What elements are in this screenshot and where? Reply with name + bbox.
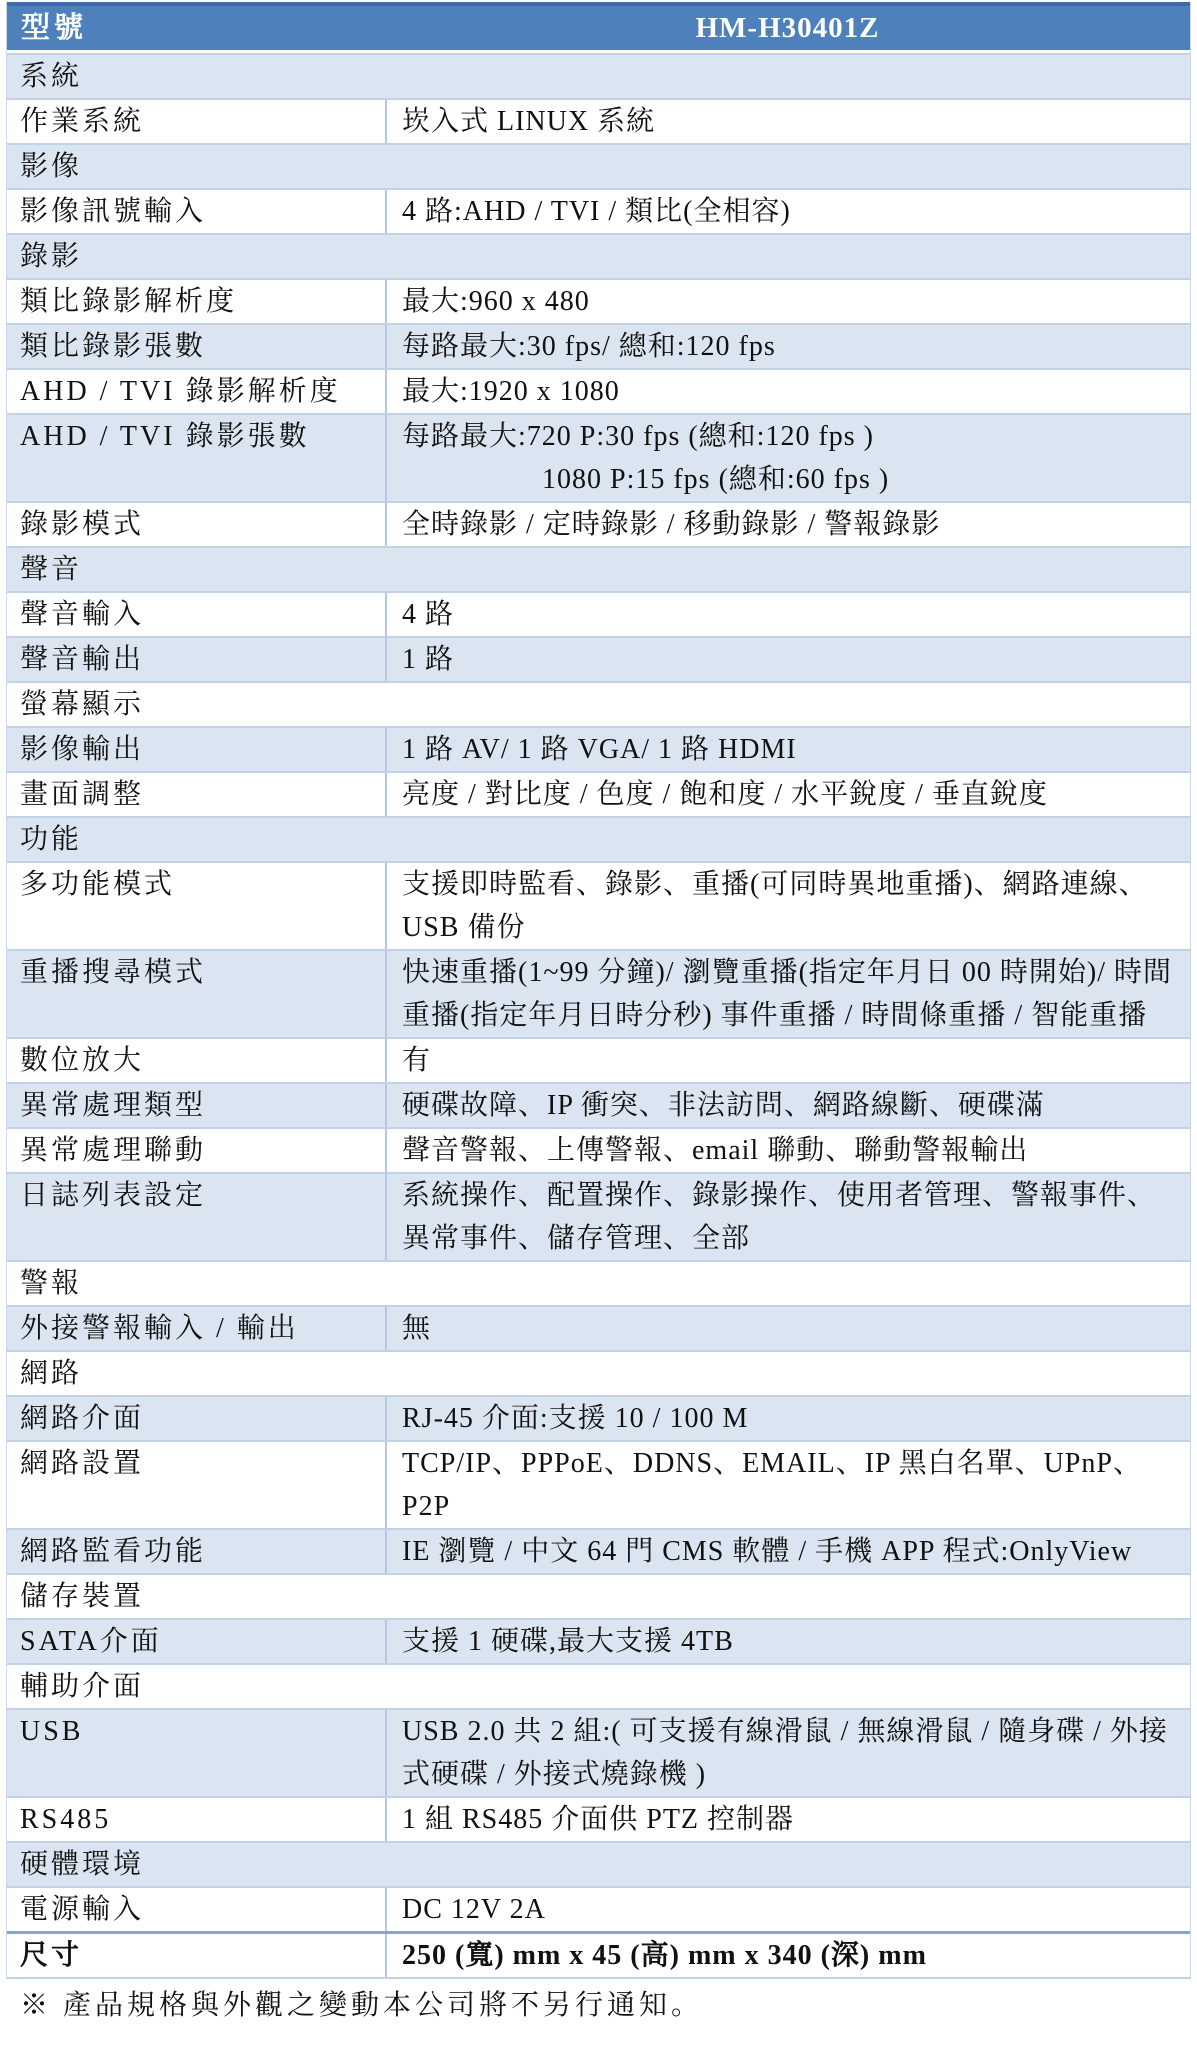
section-row: 警報	[7, 1260, 1190, 1305]
spec-label: 聲音輸入	[7, 593, 385, 636]
spec-row: 類比錄影張數每路最大:30 fps/ 總和:120 fps	[7, 323, 1190, 368]
section-row: 螢幕顯示	[7, 681, 1190, 726]
section-title: 網路	[7, 1352, 1190, 1395]
section-row: 系統	[7, 53, 1190, 98]
spec-row: AHD / TVI 錄影張數每路最大:720 P:30 fps (總和:120 …	[7, 413, 1190, 501]
spec-row: 聲音輸出1 路	[7, 636, 1190, 681]
footer-disclaimer: ※ 產品規格與外觀之變動本公司將不另行通知。	[0, 1979, 1197, 2029]
spec-row: 類比錄影解析度最大:960 x 480	[7, 278, 1190, 323]
spec-row: 重播搜尋模式快速重播(1~99 分鐘)/ 瀏覽重播(指定年月日 00 時開始)/…	[7, 949, 1190, 1037]
spec-value: 亮度 / 對比度 / 色度 / 飽和度 / 水平銳度 / 垂直銳度	[385, 773, 1190, 816]
spec-label: 異常處理類型	[7, 1084, 385, 1127]
spec-label: 網路監看功能	[7, 1530, 385, 1573]
section-title: 影像	[7, 145, 1190, 188]
spec-value: 聲音警報、上傳警報、email 聯動、聯動警報輸出	[385, 1129, 1190, 1172]
section-row: 聲音	[7, 546, 1190, 591]
spec-label: 重播搜尋模式	[7, 951, 385, 1037]
spec-table-body: 系統作業系統崁入式 LINUX 系統影像影像訊號輸入4 路:AHD / TVI …	[7, 53, 1190, 1979]
section-title: 系統	[7, 55, 1190, 98]
spec-value: 最大:1920 x 1080	[385, 370, 1190, 413]
section-title: 功能	[7, 818, 1190, 861]
spec-label: 作業系統	[7, 100, 385, 143]
spec-label: 類比錄影張數	[7, 325, 385, 368]
spec-value: 1 組 RS485 介面供 PTZ 控制器	[385, 1798, 1190, 1841]
spec-row: 尺寸250 (寬) mm x 45 (高) mm x 340 (深) mm	[7, 1931, 1190, 1979]
spec-value: 1 路 AV/ 1 路 VGA/ 1 路 HDMI	[385, 728, 1190, 771]
spec-value: 每路最大:720 P:30 fps (總和:120 fps )1080 P:15…	[385, 415, 1190, 501]
section-row: 功能	[7, 816, 1190, 861]
spec-label: 數位放大	[7, 1039, 385, 1082]
spec-row: AHD / TVI 錄影解析度最大:1920 x 1080	[7, 368, 1190, 413]
spec-value: 支援即時監看、錄影、重播(可同時異地重播)、網路連線、USB 備份	[385, 863, 1190, 949]
spec-label: AHD / TVI 錄影張數	[7, 415, 385, 501]
spec-label: 聲音輸出	[7, 638, 385, 681]
section-row: 輔助介面	[7, 1663, 1190, 1708]
section-title: 警報	[7, 1262, 1190, 1305]
spec-value: 崁入式 LINUX 系統	[385, 100, 1190, 143]
spec-row: 日誌列表設定系統操作、配置操作、錄影操作、使用者管理、警報事件、異常事件、儲存管…	[7, 1172, 1190, 1260]
spec-row: 外接警報輸入 / 輸出無	[7, 1305, 1190, 1350]
spec-label: 影像輸出	[7, 728, 385, 771]
spec-value: 支援 1 硬碟,最大支援 4TB	[385, 1620, 1190, 1663]
section-title: 螢幕顯示	[7, 683, 1190, 726]
spec-row: RS4851 組 RS485 介面供 PTZ 控制器	[7, 1796, 1190, 1841]
spec-label: SATA介面	[7, 1620, 385, 1663]
spec-row: 錄影模式全時錄影 / 定時錄影 / 移動錄影 / 警報錄影	[7, 501, 1190, 546]
spec-label: 電源輸入	[7, 1888, 385, 1931]
spec-label: AHD / TVI 錄影解析度	[7, 370, 385, 413]
spec-value: 無	[385, 1307, 1190, 1350]
spec-row: 聲音輸入4 路	[7, 591, 1190, 636]
spec-value: 4 路:AHD / TVI / 類比(全相容)	[385, 190, 1190, 233]
spec-value: 最大:960 x 480	[385, 280, 1190, 323]
spec-row: 作業系統崁入式 LINUX 系統	[7, 98, 1190, 143]
section-title: 錄影	[7, 235, 1190, 278]
spec-row: 網路設置TCP/IP、PPPoE、DDNS、EMAIL、IP 黑白名單、UPnP…	[7, 1440, 1190, 1528]
spec-row: 網路介面RJ-45 介面:支援 10 / 100 M	[7, 1395, 1190, 1440]
spec-value: 硬碟故障、IP 衝突、非法訪問、網路線斷、硬碟滿	[385, 1084, 1190, 1127]
table-header-row: 型號 HM-H30401Z	[7, 2, 1190, 53]
spec-label: 影像訊號輸入	[7, 190, 385, 233]
model-header-label: 型號	[7, 6, 385, 50]
spec-value: USB 2.0 共 2 組:( 可支援有線滑鼠 / 無線滑鼠 / 隨身碟 / 外…	[385, 1710, 1190, 1796]
spec-row: 影像輸出1 路 AV/ 1 路 VGA/ 1 路 HDMI	[7, 726, 1190, 771]
spec-label: 畫面調整	[7, 773, 385, 816]
spec-label: 日誌列表設定	[7, 1174, 385, 1260]
section-row: 影像	[7, 143, 1190, 188]
spec-label: 外接警報輸入 / 輸出	[7, 1307, 385, 1350]
spec-label: 異常處理聯動	[7, 1129, 385, 1172]
section-row: 硬體環境	[7, 1841, 1190, 1886]
spec-value: 每路最大:30 fps/ 總和:120 fps	[385, 325, 1190, 368]
spec-label: 網路介面	[7, 1397, 385, 1440]
section-title: 硬體環境	[7, 1843, 1190, 1886]
spec-label: 錄影模式	[7, 503, 385, 546]
spec-row: 電源輸入DC 12V 2A	[7, 1886, 1190, 1931]
spec-row: USBUSB 2.0 共 2 組:( 可支援有線滑鼠 / 無線滑鼠 / 隨身碟 …	[7, 1708, 1190, 1796]
spec-value: 快速重播(1~99 分鐘)/ 瀏覽重播(指定年月日 00 時開始)/ 時間重播(…	[385, 951, 1190, 1037]
spec-table: 型號 HM-H30401Z 系統作業系統崁入式 LINUX 系統影像影像訊號輸入…	[6, 2, 1191, 1979]
spec-row: 影像訊號輸入4 路:AHD / TVI / 類比(全相容)	[7, 188, 1190, 233]
model-number: HM-H30401Z	[385, 6, 1190, 50]
spec-label: RS485	[7, 1798, 385, 1841]
spec-value: RJ-45 介面:支援 10 / 100 M	[385, 1397, 1190, 1440]
spec-label: USB	[7, 1710, 385, 1796]
spec-value: IE 瀏覽 / 中文 64 門 CMS 軟體 / 手機 APP 程式:OnlyV…	[385, 1530, 1190, 1573]
section-row: 網路	[7, 1350, 1190, 1395]
spec-row: 數位放大有	[7, 1037, 1190, 1082]
section-title: 輔助介面	[7, 1665, 1190, 1708]
spec-value: 1 路	[385, 638, 1190, 681]
spec-label: 類比錄影解析度	[7, 280, 385, 323]
spec-row: 畫面調整亮度 / 對比度 / 色度 / 飽和度 / 水平銳度 / 垂直銳度	[7, 771, 1190, 816]
spec-value: 4 路	[385, 593, 1190, 636]
spec-row: 網路監看功能IE 瀏覽 / 中文 64 門 CMS 軟體 / 手機 APP 程式…	[7, 1528, 1190, 1573]
spec-value: DC 12V 2A	[385, 1888, 1190, 1931]
section-title: 聲音	[7, 548, 1190, 591]
spec-value: TCP/IP、PPPoE、DDNS、EMAIL、IP 黑白名單、UPnP、P2P	[385, 1442, 1190, 1528]
spec-row: 異常處理聯動聲音警報、上傳警報、email 聯動、聯動警報輸出	[7, 1127, 1190, 1172]
spec-label: 多功能模式	[7, 863, 385, 949]
spec-value: 系統操作、配置操作、錄影操作、使用者管理、警報事件、異常事件、儲存管理、全部	[385, 1174, 1190, 1260]
spec-row: 多功能模式支援即時監看、錄影、重播(可同時異地重播)、網路連線、USB 備份	[7, 861, 1190, 949]
spec-label: 尺寸	[7, 1934, 385, 1977]
section-row: 儲存裝置	[7, 1573, 1190, 1618]
spec-row: SATA介面支援 1 硬碟,最大支援 4TB	[7, 1618, 1190, 1663]
spec-label: 網路設置	[7, 1442, 385, 1528]
section-title: 儲存裝置	[7, 1575, 1190, 1618]
spec-value: 全時錄影 / 定時錄影 / 移動錄影 / 警報錄影	[385, 503, 1190, 546]
spec-row: 異常處理類型硬碟故障、IP 衝突、非法訪問、網路線斷、硬碟滿	[7, 1082, 1190, 1127]
spec-value: 250 (寬) mm x 45 (高) mm x 340 (深) mm	[385, 1934, 1190, 1977]
section-row: 錄影	[7, 233, 1190, 278]
spec-value: 有	[385, 1039, 1190, 1082]
